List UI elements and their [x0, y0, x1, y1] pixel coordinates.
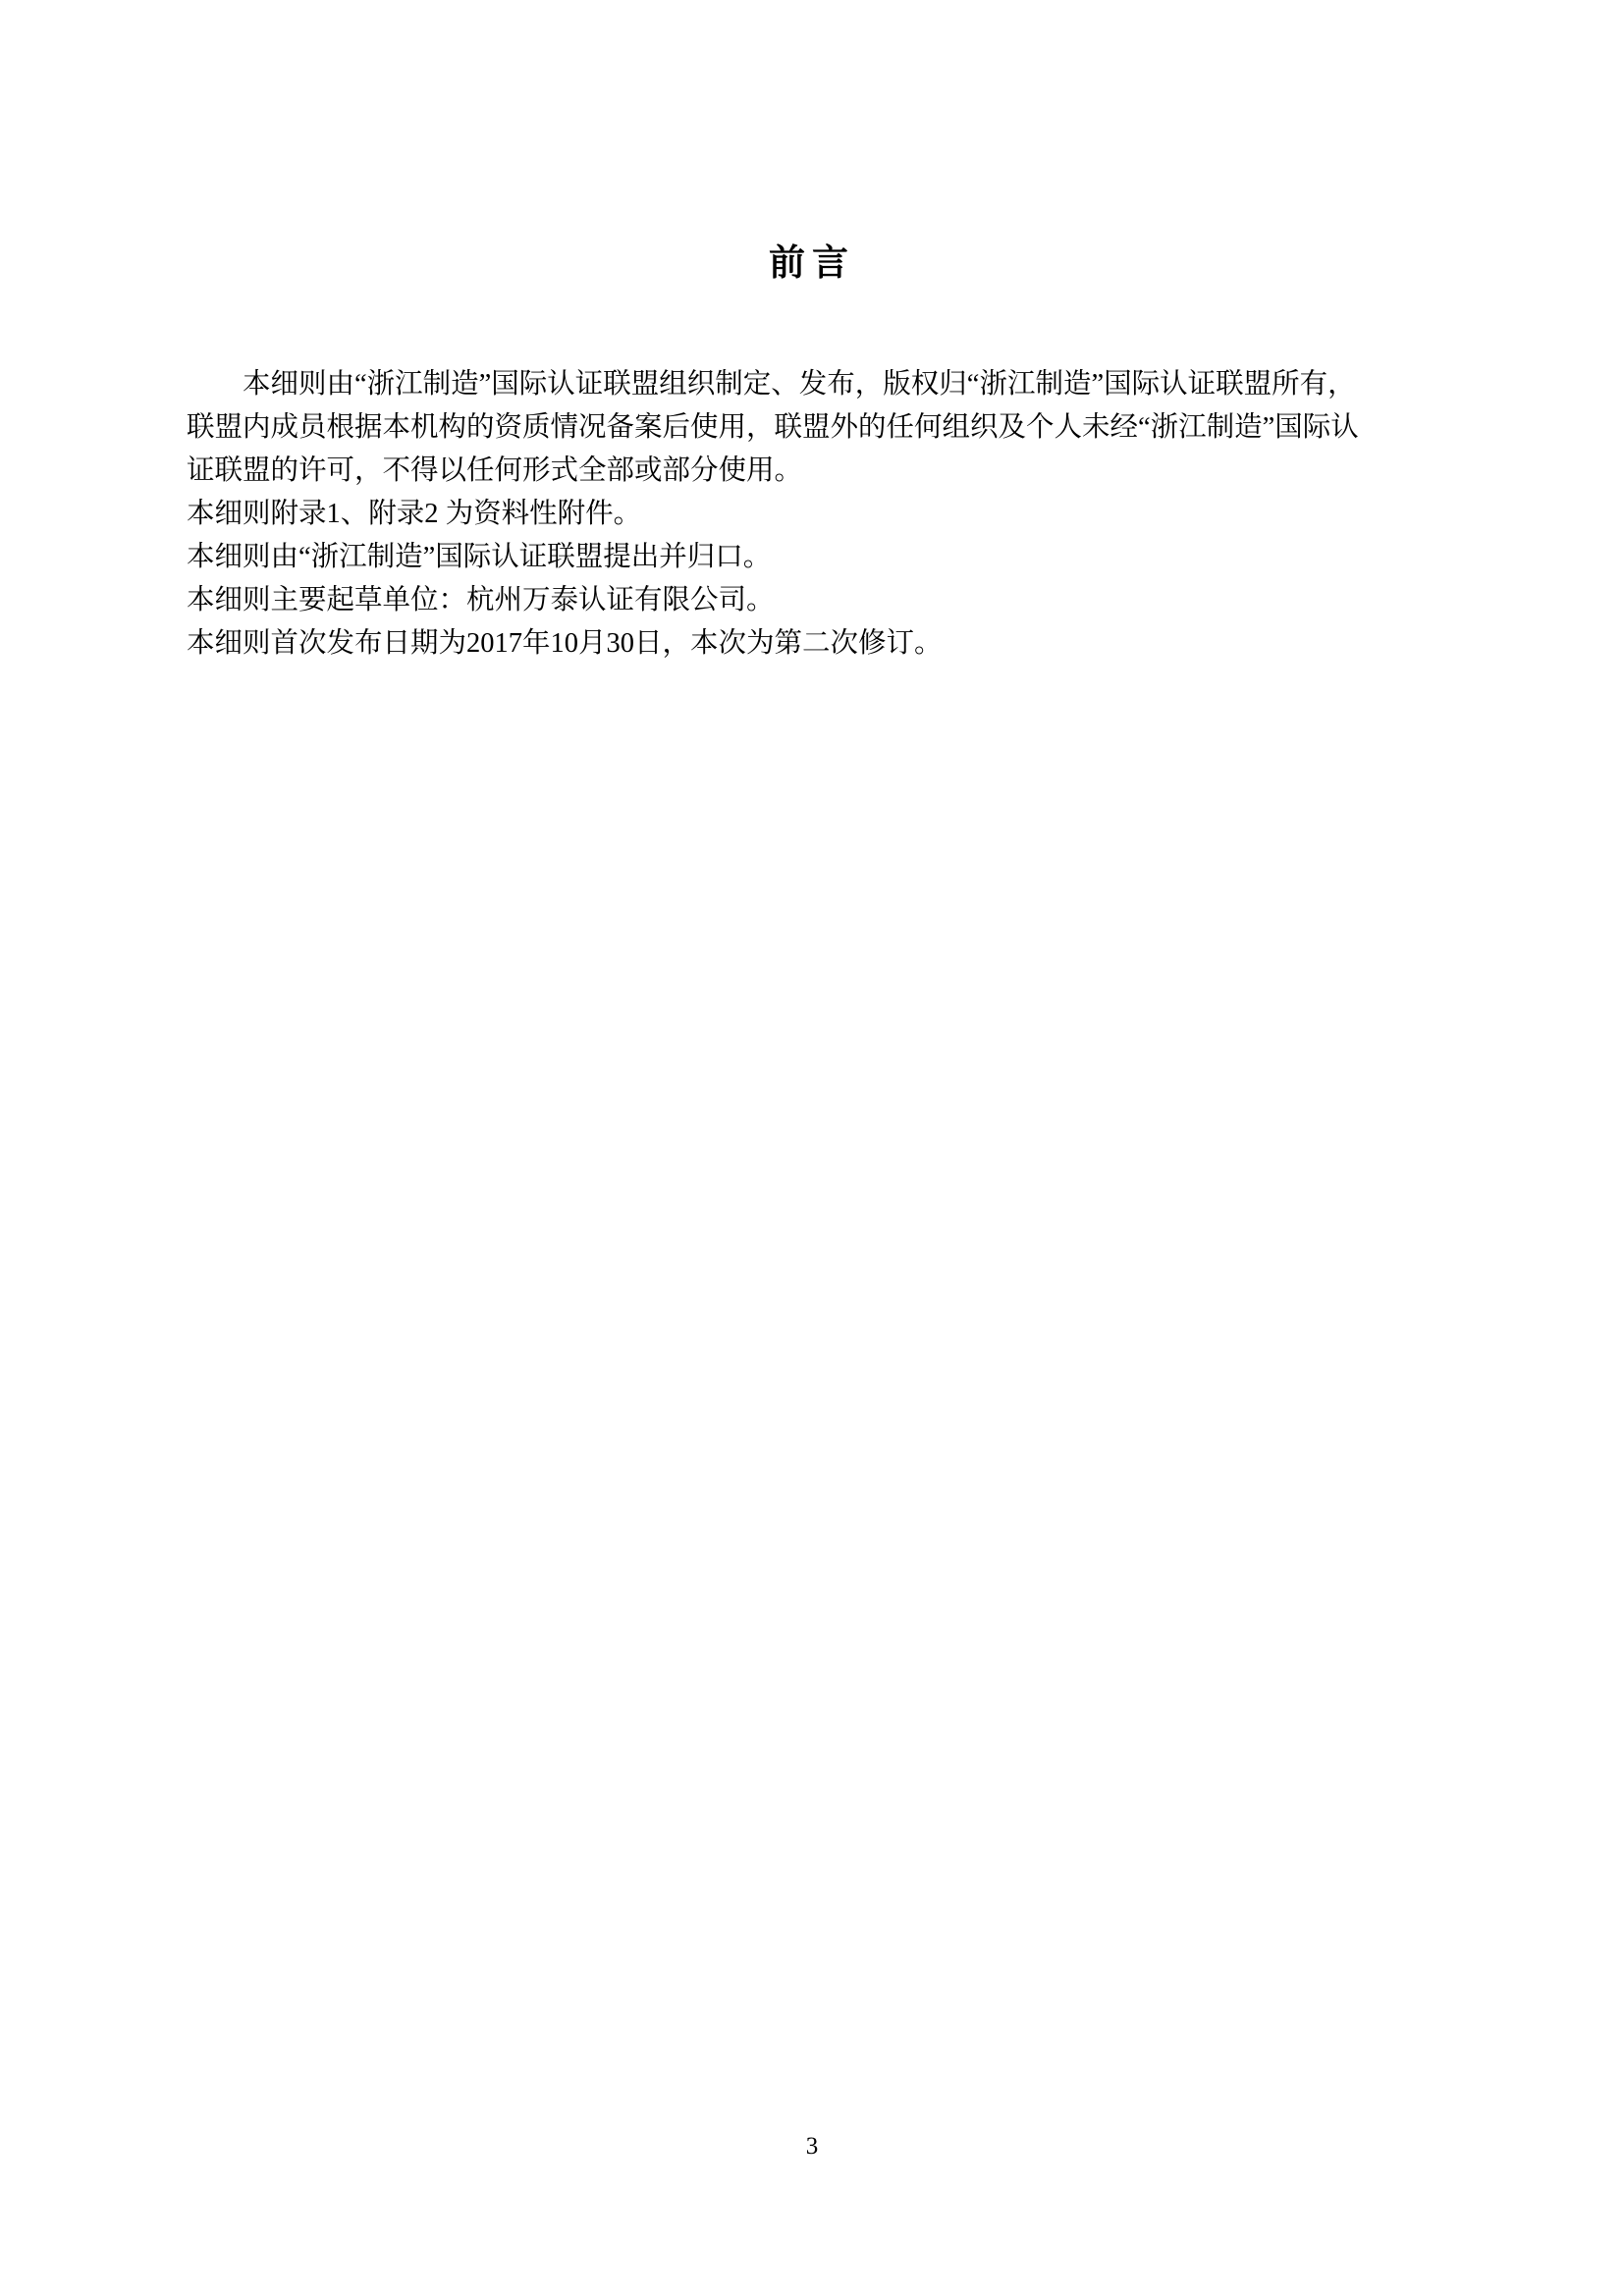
- body-line-4: 本细则附录1、附录2 为资料性附件。: [187, 493, 1428, 536]
- document-page: 前言 本细则由“浙江制造”国际认证联盟组织制定、发布，版权归“浙江制造”国际认证…: [0, 0, 1624, 2296]
- body-line-7: 本细则首次发布日期为2017年10月30日，本次为第二次修订。: [187, 622, 1428, 666]
- foreword-body: 本细则由“浙江制造”国际认证联盟组织制定、发布，版权归“浙江制造”国际认证联盟所…: [187, 363, 1428, 666]
- body-line-2: 联盟内成员根据本机构的资质情况备案后使用，联盟外的任何组织及个人未经“浙江制造”…: [187, 406, 1428, 450]
- body-line-1: 本细则由“浙江制造”国际认证联盟组织制定、发布，版权归“浙江制造”国际认证联盟所…: [187, 363, 1428, 406]
- body-line-3: 证联盟的许可，不得以任何形式全部或部分使用。: [187, 450, 1428, 493]
- page-number: 3: [0, 2132, 1624, 2162]
- body-line-5: 本细则由“浙江制造”国际认证联盟提出并归口。: [187, 536, 1428, 579]
- body-line-6: 本细则主要起草单位：杭州万泰认证有限公司。: [187, 579, 1428, 622]
- page-title: 前言: [0, 241, 1624, 285]
